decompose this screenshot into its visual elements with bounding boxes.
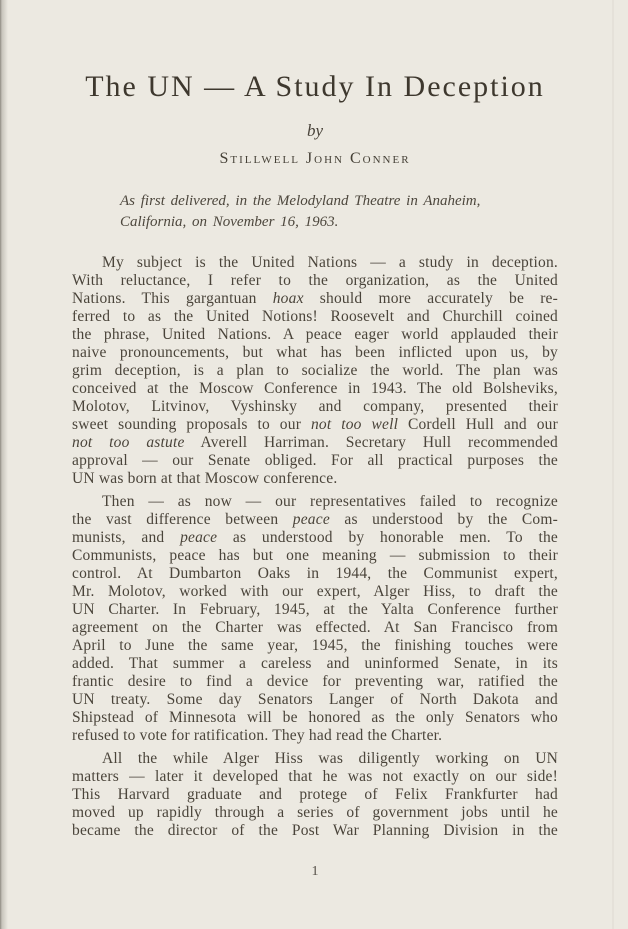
text-line: the phrase, United Nations. A peace eage… <box>72 326 558 344</box>
text-segment: matters — later it developed that he was… <box>72 768 558 785</box>
text-line: Communists, peace has but one meaning — … <box>72 547 558 565</box>
text-segment: ferred to as the United Notions! Rooseve… <box>72 308 558 325</box>
text-segment: Shipstead of Minnesota will be honored a… <box>72 709 558 726</box>
text-line: not too astute Averell Harriman. Secreta… <box>72 434 558 452</box>
text-line: UN Charter. In February, 1945, at the Ya… <box>72 601 558 619</box>
text-line: moved up rapidly through a series of gov… <box>72 804 558 822</box>
text-segment: Cordell Hull and our <box>398 416 558 433</box>
text-line: grim deception, is a plan to socialize t… <box>72 362 558 380</box>
text-segment: With reluctance, I refer to the organiza… <box>72 272 558 289</box>
text-segment: refused to vote for ratification. They h… <box>72 727 442 744</box>
text-line: matters — later it developed that he was… <box>72 768 558 786</box>
text-segment: UN Charter. In February, 1945, at the Ya… <box>72 601 558 618</box>
text-line: UN treaty. Some day Senators Langer of N… <box>72 691 558 709</box>
page-number: 1 <box>72 864 558 880</box>
text-line: naive pronouncements, but what has been … <box>72 344 558 362</box>
byline-label: by <box>72 121 558 141</box>
text-segment: Mr. Molotov, worked with our expert, Alg… <box>72 583 558 600</box>
text-line: frantic desire to find a device for prev… <box>72 673 558 691</box>
delivery-note-line: As first delivered, in the Melodyland Th… <box>120 191 528 212</box>
text-segment: This Harvard graduate and protege of Fel… <box>72 786 558 803</box>
text-segment: UN was born at that Moscow conference. <box>72 470 337 487</box>
text-line: Nations. This gargantuan hoax should mor… <box>72 290 558 308</box>
text-segment: added. That summer a careless and uninfo… <box>72 655 558 672</box>
text-segment: My subject is the United Nations — a stu… <box>102 254 558 271</box>
text-segment: should more accurately be re- <box>304 290 558 307</box>
scan-edge-shadow <box>0 0 8 929</box>
text-line: conceived at the Moscow Conference in 19… <box>72 380 558 398</box>
paragraph: My subject is the United Nations — a stu… <box>72 254 558 488</box>
text-segment: moved up rapidly through a series of gov… <box>72 804 558 821</box>
text-line: added. That summer a careless and uninfo… <box>72 655 558 673</box>
author-name: Stillwell John Conner <box>72 150 558 168</box>
text-segment: sweet sounding proposals to our <box>72 416 311 433</box>
text-segment: munists, and <box>72 529 180 546</box>
text-line: All the while Alger Hiss was diligently … <box>72 750 558 768</box>
body-text: My subject is the United Nations — a stu… <box>72 254 558 840</box>
text-line: refused to vote for ratification. They h… <box>72 727 558 745</box>
delivery-note-line: California, on November 16, 1963. <box>120 212 528 233</box>
text-segment: All the while Alger Hiss was diligently … <box>102 750 558 767</box>
text-line: UN was born at that Moscow conference. <box>72 470 558 488</box>
text-line: Shipstead of Minnesota will be honored a… <box>72 709 558 727</box>
text-segment: grim deception, is a plan to socialize t… <box>72 362 558 379</box>
text-segment: frantic desire to find a device for prev… <box>72 673 558 690</box>
italic-text-segment: not too astute <box>72 434 185 451</box>
text-segment: became the director of the Post War Plan… <box>72 822 558 839</box>
text-line: This Harvard graduate and protege of Fel… <box>72 786 558 804</box>
text-line: ferred to as the United Notions! Rooseve… <box>72 308 558 326</box>
text-segment: Averell Harriman. Secretary Hull recomme… <box>185 434 558 451</box>
text-segment: Nations. This gargantuan <box>72 290 273 307</box>
text-segment: Communists, peace has but one meaning — … <box>72 547 558 564</box>
page-title: The UN — A Study In Deception <box>72 70 558 104</box>
text-line: Mr. Molotov, worked with our expert, Alg… <box>72 583 558 601</box>
text-line: the vast difference between peace as und… <box>72 511 558 529</box>
text-line: munists, and peace as understood by hono… <box>72 529 558 547</box>
text-segment: naive pronouncements, but what has been … <box>72 344 558 361</box>
text-line: became the director of the Post War Plan… <box>72 822 558 840</box>
text-segment: control. At Dumbarton Oaks in 1944, the … <box>72 565 558 582</box>
text-line: My subject is the United Nations — a stu… <box>72 254 558 272</box>
text-segment: agreement on the Charter was effected. A… <box>72 619 558 636</box>
italic-text-segment: peace <box>180 529 217 546</box>
text-segment: conceived at the Moscow Conference in 19… <box>72 380 558 397</box>
text-segment: Then — as now — our representatives fail… <box>102 493 558 510</box>
text-segment: approval — our Senate obliged. For all p… <box>72 452 558 469</box>
paragraph: Then — as now — our representatives fail… <box>72 493 558 745</box>
text-segment: UN treaty. Some day Senators Langer of N… <box>72 691 558 708</box>
text-line: approval — our Senate obliged. For all p… <box>72 452 558 470</box>
text-line: April to June the same year, 1945, the f… <box>72 637 558 655</box>
text-line: sweet sounding proposals to our not too … <box>72 416 558 434</box>
text-segment: as understood by the Com- <box>330 511 558 528</box>
text-line: Molotov, Litvinov, Vyshinsky and company… <box>72 398 558 416</box>
text-segment: Molotov, Litvinov, Vyshinsky and company… <box>72 398 558 415</box>
italic-text-segment: not too well <box>311 416 398 433</box>
text-segment: as understood by honorable men. To the <box>217 529 558 546</box>
text-segment: the vast difference between <box>72 511 293 528</box>
delivery-note: As first delivered, in the Melodyland Th… <box>72 191 558 233</box>
scan-crease-line <box>612 0 614 929</box>
document-page: The UN — A Study In Deception by Stillwe… <box>72 70 558 880</box>
text-line: With reluctance, I refer to the organiza… <box>72 272 558 290</box>
italic-text-segment: peace <box>293 511 330 528</box>
text-line: Then — as now — our representatives fail… <box>72 493 558 511</box>
text-segment: the phrase, United Nations. A peace eage… <box>72 326 558 343</box>
paragraph: All the while Alger Hiss was diligently … <box>72 750 558 840</box>
text-line: agreement on the Charter was effected. A… <box>72 619 558 637</box>
text-segment: April to June the same year, 1945, the f… <box>72 637 558 654</box>
text-line: control. At Dumbarton Oaks in 1944, the … <box>72 565 558 583</box>
italic-text-segment: hoax <box>273 290 304 307</box>
